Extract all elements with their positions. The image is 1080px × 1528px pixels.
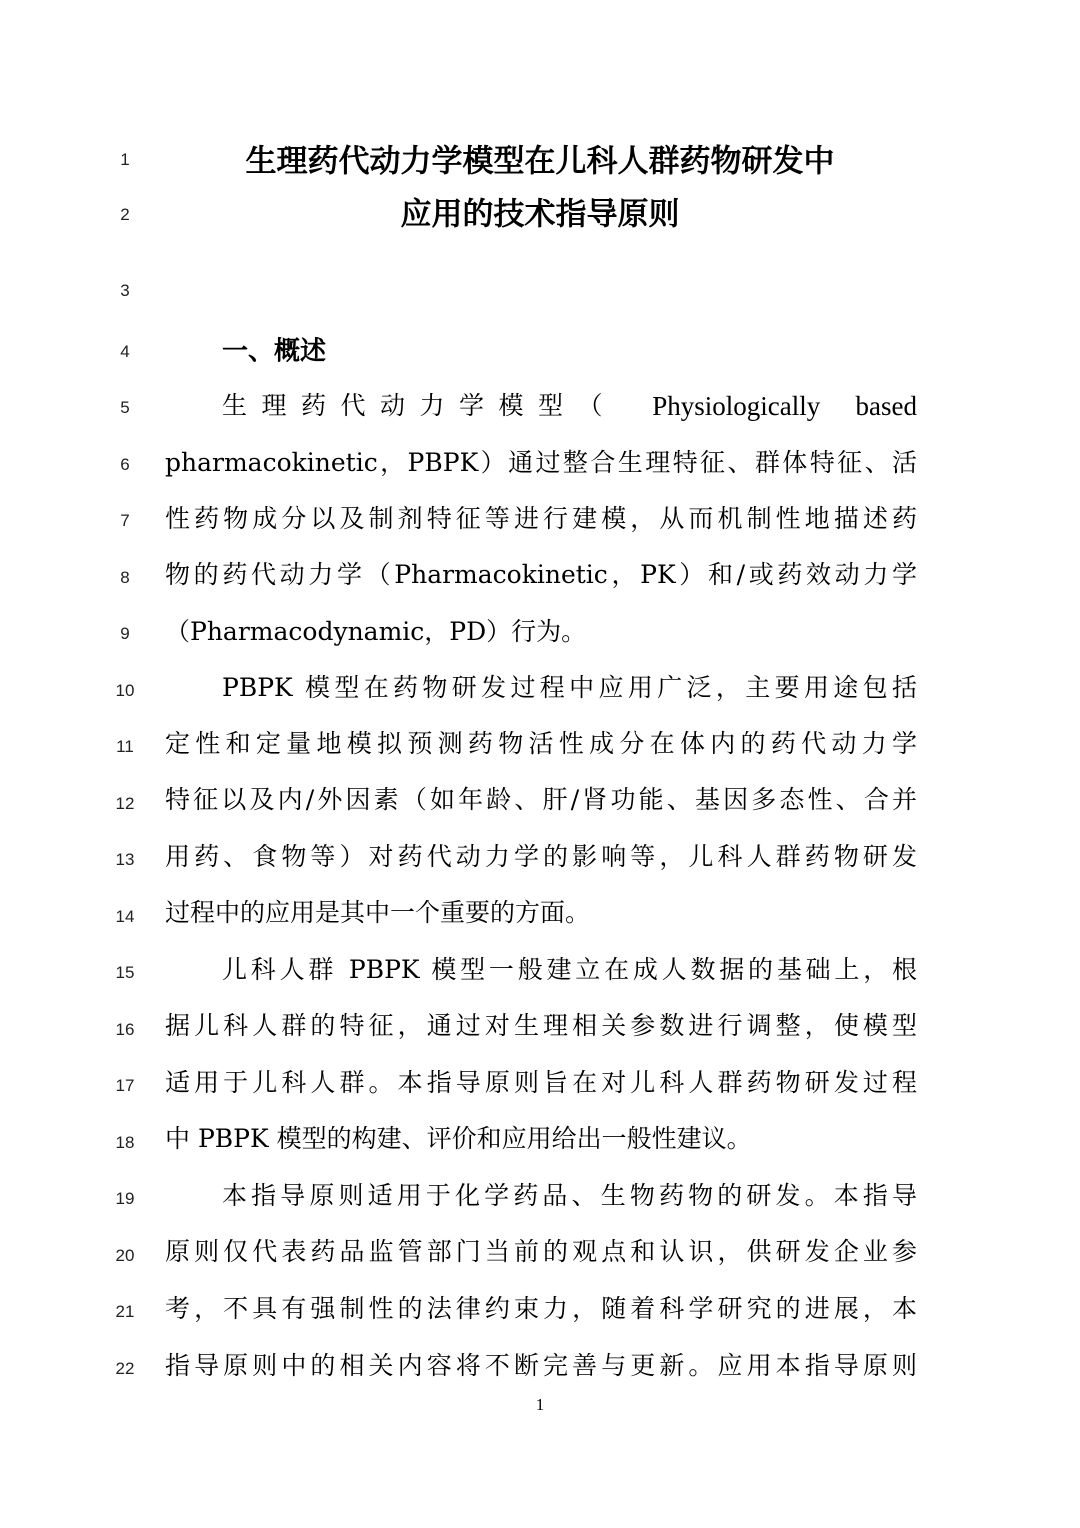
body-line: 儿科人群 PBPK 模型一般建立在成人数据的基础上，根 xyxy=(165,955,917,985)
line-number: 12 xyxy=(100,794,150,814)
line-number: 11 xyxy=(100,737,150,757)
line-number: 20 xyxy=(100,1246,150,1266)
line-number: 5 xyxy=(100,398,150,418)
line-number: 9 xyxy=(100,624,150,644)
body-line: 适用于儿科人群。本指导原则旨在对儿科人群药物研发过程 xyxy=(165,1068,917,1098)
line-number: 17 xyxy=(100,1076,150,1096)
line-number: 22 xyxy=(100,1359,150,1379)
line-number: 21 xyxy=(100,1302,150,1322)
body-line: 本指导原则适用于化学药品、生物药物的研发。本指导 xyxy=(165,1181,917,1211)
body-line: 定性和定量地模拟预测药物活性成分在体内的药代动力学 xyxy=(165,729,917,759)
line-number: 7 xyxy=(100,511,150,531)
document-title-line-2: 应用的技术指导原则 xyxy=(0,189,1080,234)
line-number: 10 xyxy=(100,681,150,701)
body-line: 物的药代动力学（Pharmacokinetic，PK）和/或药效动力学 xyxy=(165,560,917,590)
line-number: 14 xyxy=(100,907,150,927)
line-number: 8 xyxy=(100,568,150,588)
body-line: 用药、食物等）对药代动力学的影响等，儿科人群药物研发 xyxy=(165,842,917,872)
body-line: PBPK 模型在药物研发过程中应用广泛，主要用途包括 xyxy=(165,673,917,703)
page-number: 1 xyxy=(0,1395,1080,1415)
body-line: 指导原则中的相关内容将不断完善与更新。应用本指导原则 xyxy=(165,1351,917,1381)
line-number: 13 xyxy=(100,850,150,870)
body-line: 生理药代动力学模型（ Physiologically based xyxy=(222,391,917,421)
line-number: 18 xyxy=(100,1133,150,1153)
line-number: 3 xyxy=(100,281,150,301)
body-line-cjk: 生理药代动力学模型（ xyxy=(222,391,617,421)
body-line: 原则仅代表药品监管部门当前的观点和认识，供研发企业参 xyxy=(165,1237,917,1267)
body-line: 考，不具有强制性的法律约束力，随着科学研究的进展，本 xyxy=(165,1294,917,1324)
document-title-line-1: 生理药代动力学模型在儿科人群药物研发中 xyxy=(0,136,1080,181)
body-line: pharmacokinetic，PBPK）通过整合生理特征、群体特征、活 xyxy=(165,448,917,478)
body-line: 据儿科人群的特征，通过对生理相关参数进行调整，使模型 xyxy=(165,1011,917,1041)
body-line: 过程中的应用是其中一个重要的方面。 xyxy=(165,898,917,928)
line-number: 4 xyxy=(100,342,150,362)
body-line: （Pharmacodynamic，PD）行为。 xyxy=(165,617,917,647)
line-number: 15 xyxy=(100,963,150,983)
body-line-en: based xyxy=(856,391,917,421)
body-line: 中 PBPK 模型的构建、评价和应用给出一般性建议。 xyxy=(165,1124,917,1154)
body-line-en: Physiologically xyxy=(652,391,820,421)
section-heading: 一、概述 xyxy=(222,331,326,368)
line-number: 19 xyxy=(100,1189,150,1209)
line-number: 6 xyxy=(100,455,150,475)
body-line: 特征以及内/外因素（如年龄、肝/肾功能、基因多态性、合并 xyxy=(165,785,917,815)
line-number: 16 xyxy=(100,1020,150,1040)
body-line: 性药物成分以及制剂特征等进行建模，从而机制性地描述药 xyxy=(165,504,917,534)
